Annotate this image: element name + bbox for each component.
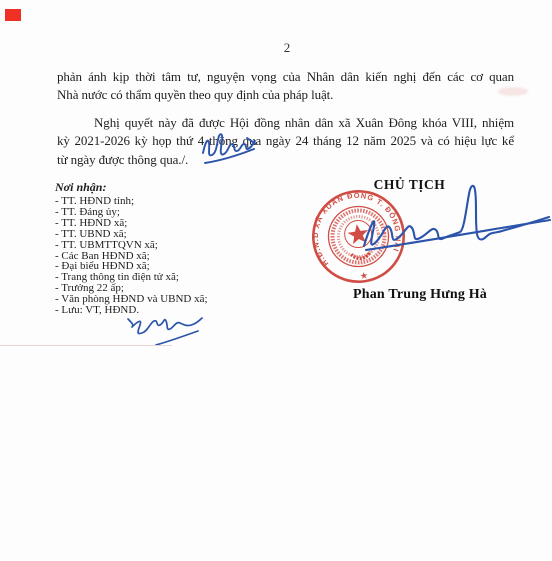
paragraph-line: từ ngày được thông qua./. (57, 151, 514, 169)
paragraph-line: kỳ 2021-2026 kỳ họp thứ 4 thông qua ngày… (57, 132, 514, 150)
recipients-block: Nơi nhận: - TT. HĐND tỉnh; - TT. Đảng ủy… (55, 180, 265, 316)
document-page: 2 phản ánh kịp thời tâm tư, nguyện vọng … (0, 0, 552, 561)
body-text: phản ánh kịp thời tâm tư, nguyện vọng củ… (57, 68, 514, 169)
chairman-signature-ink (350, 176, 552, 264)
paragraph-line: Nghị quyết này đã được Hội đồng nhân dân… (57, 114, 514, 132)
scan-artifact-smudge (498, 87, 528, 96)
recipients-heading: Nơi nhận: (55, 180, 265, 194)
paragraph-2: Nghị quyết này đã được Hội đồng nhân dân… (57, 114, 514, 169)
seal-bottom-star: ★ (359, 270, 368, 281)
signer-name: Phan Trung Hưng Hà (337, 287, 503, 303)
red-corner-marker (5, 9, 21, 21)
paragraph-line: Nhà nước có thẩm quyền theo quy định của… (57, 86, 514, 104)
handwritten-initials-ink (198, 129, 260, 173)
paragraph-line: phản ánh kịp thời tâm tư, nguyện vọng củ… (57, 68, 514, 86)
paragraph-1: phản ánh kịp thời tâm tư, nguyện vọng củ… (57, 68, 514, 105)
recipient-item: - TT. UBND xã; (55, 229, 265, 240)
scan-artifact-line (0, 345, 172, 346)
recipient-item: - TT. UBMTTQVN xã; (55, 240, 265, 251)
page-number: 2 (257, 40, 317, 56)
